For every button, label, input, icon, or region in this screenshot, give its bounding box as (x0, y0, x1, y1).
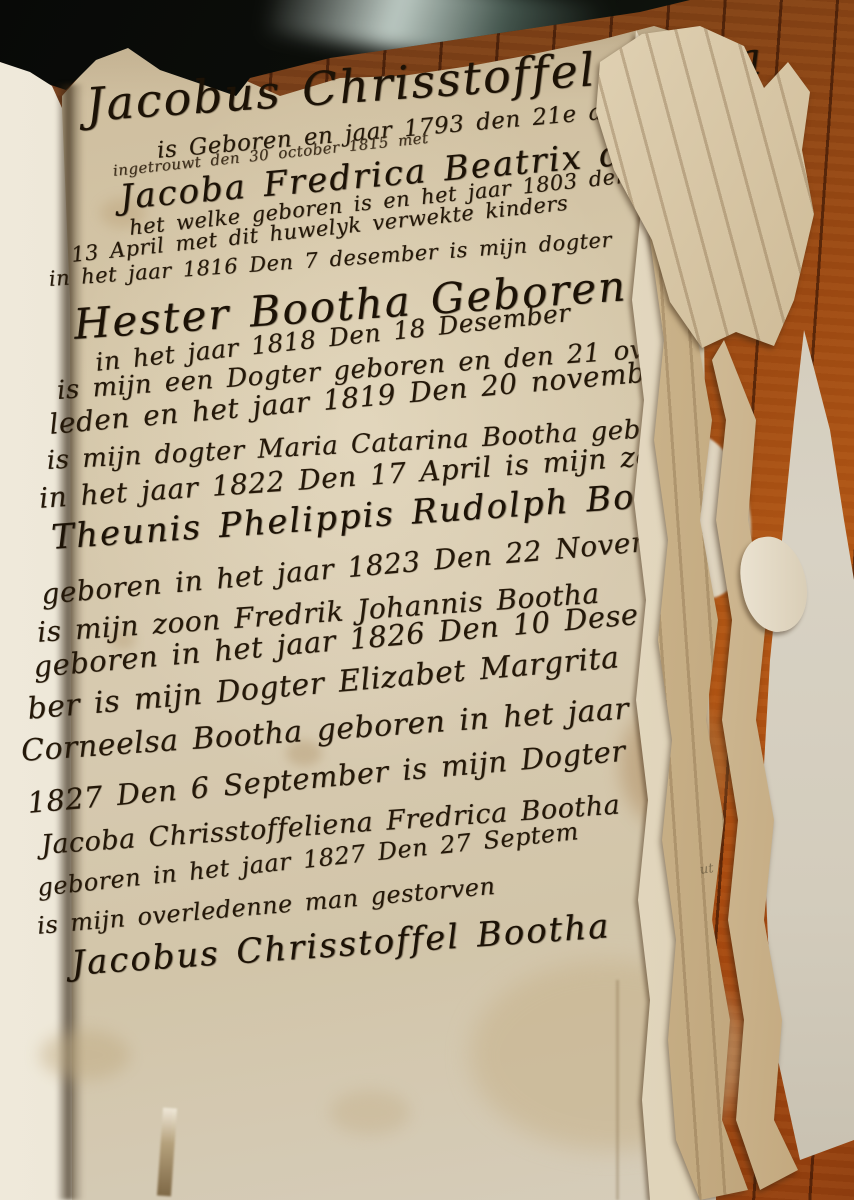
paper-stain (620, 700, 730, 830)
underpage-text-fragment: ut (699, 861, 715, 878)
paper-stain (330, 1090, 410, 1135)
paper-stain (40, 1030, 130, 1080)
manuscript-photo: Jacobus Chrisstoffel Botha is Geboren en… (0, 0, 854, 1200)
paper-crease (616, 980, 619, 1200)
paper-stain (470, 960, 750, 1150)
